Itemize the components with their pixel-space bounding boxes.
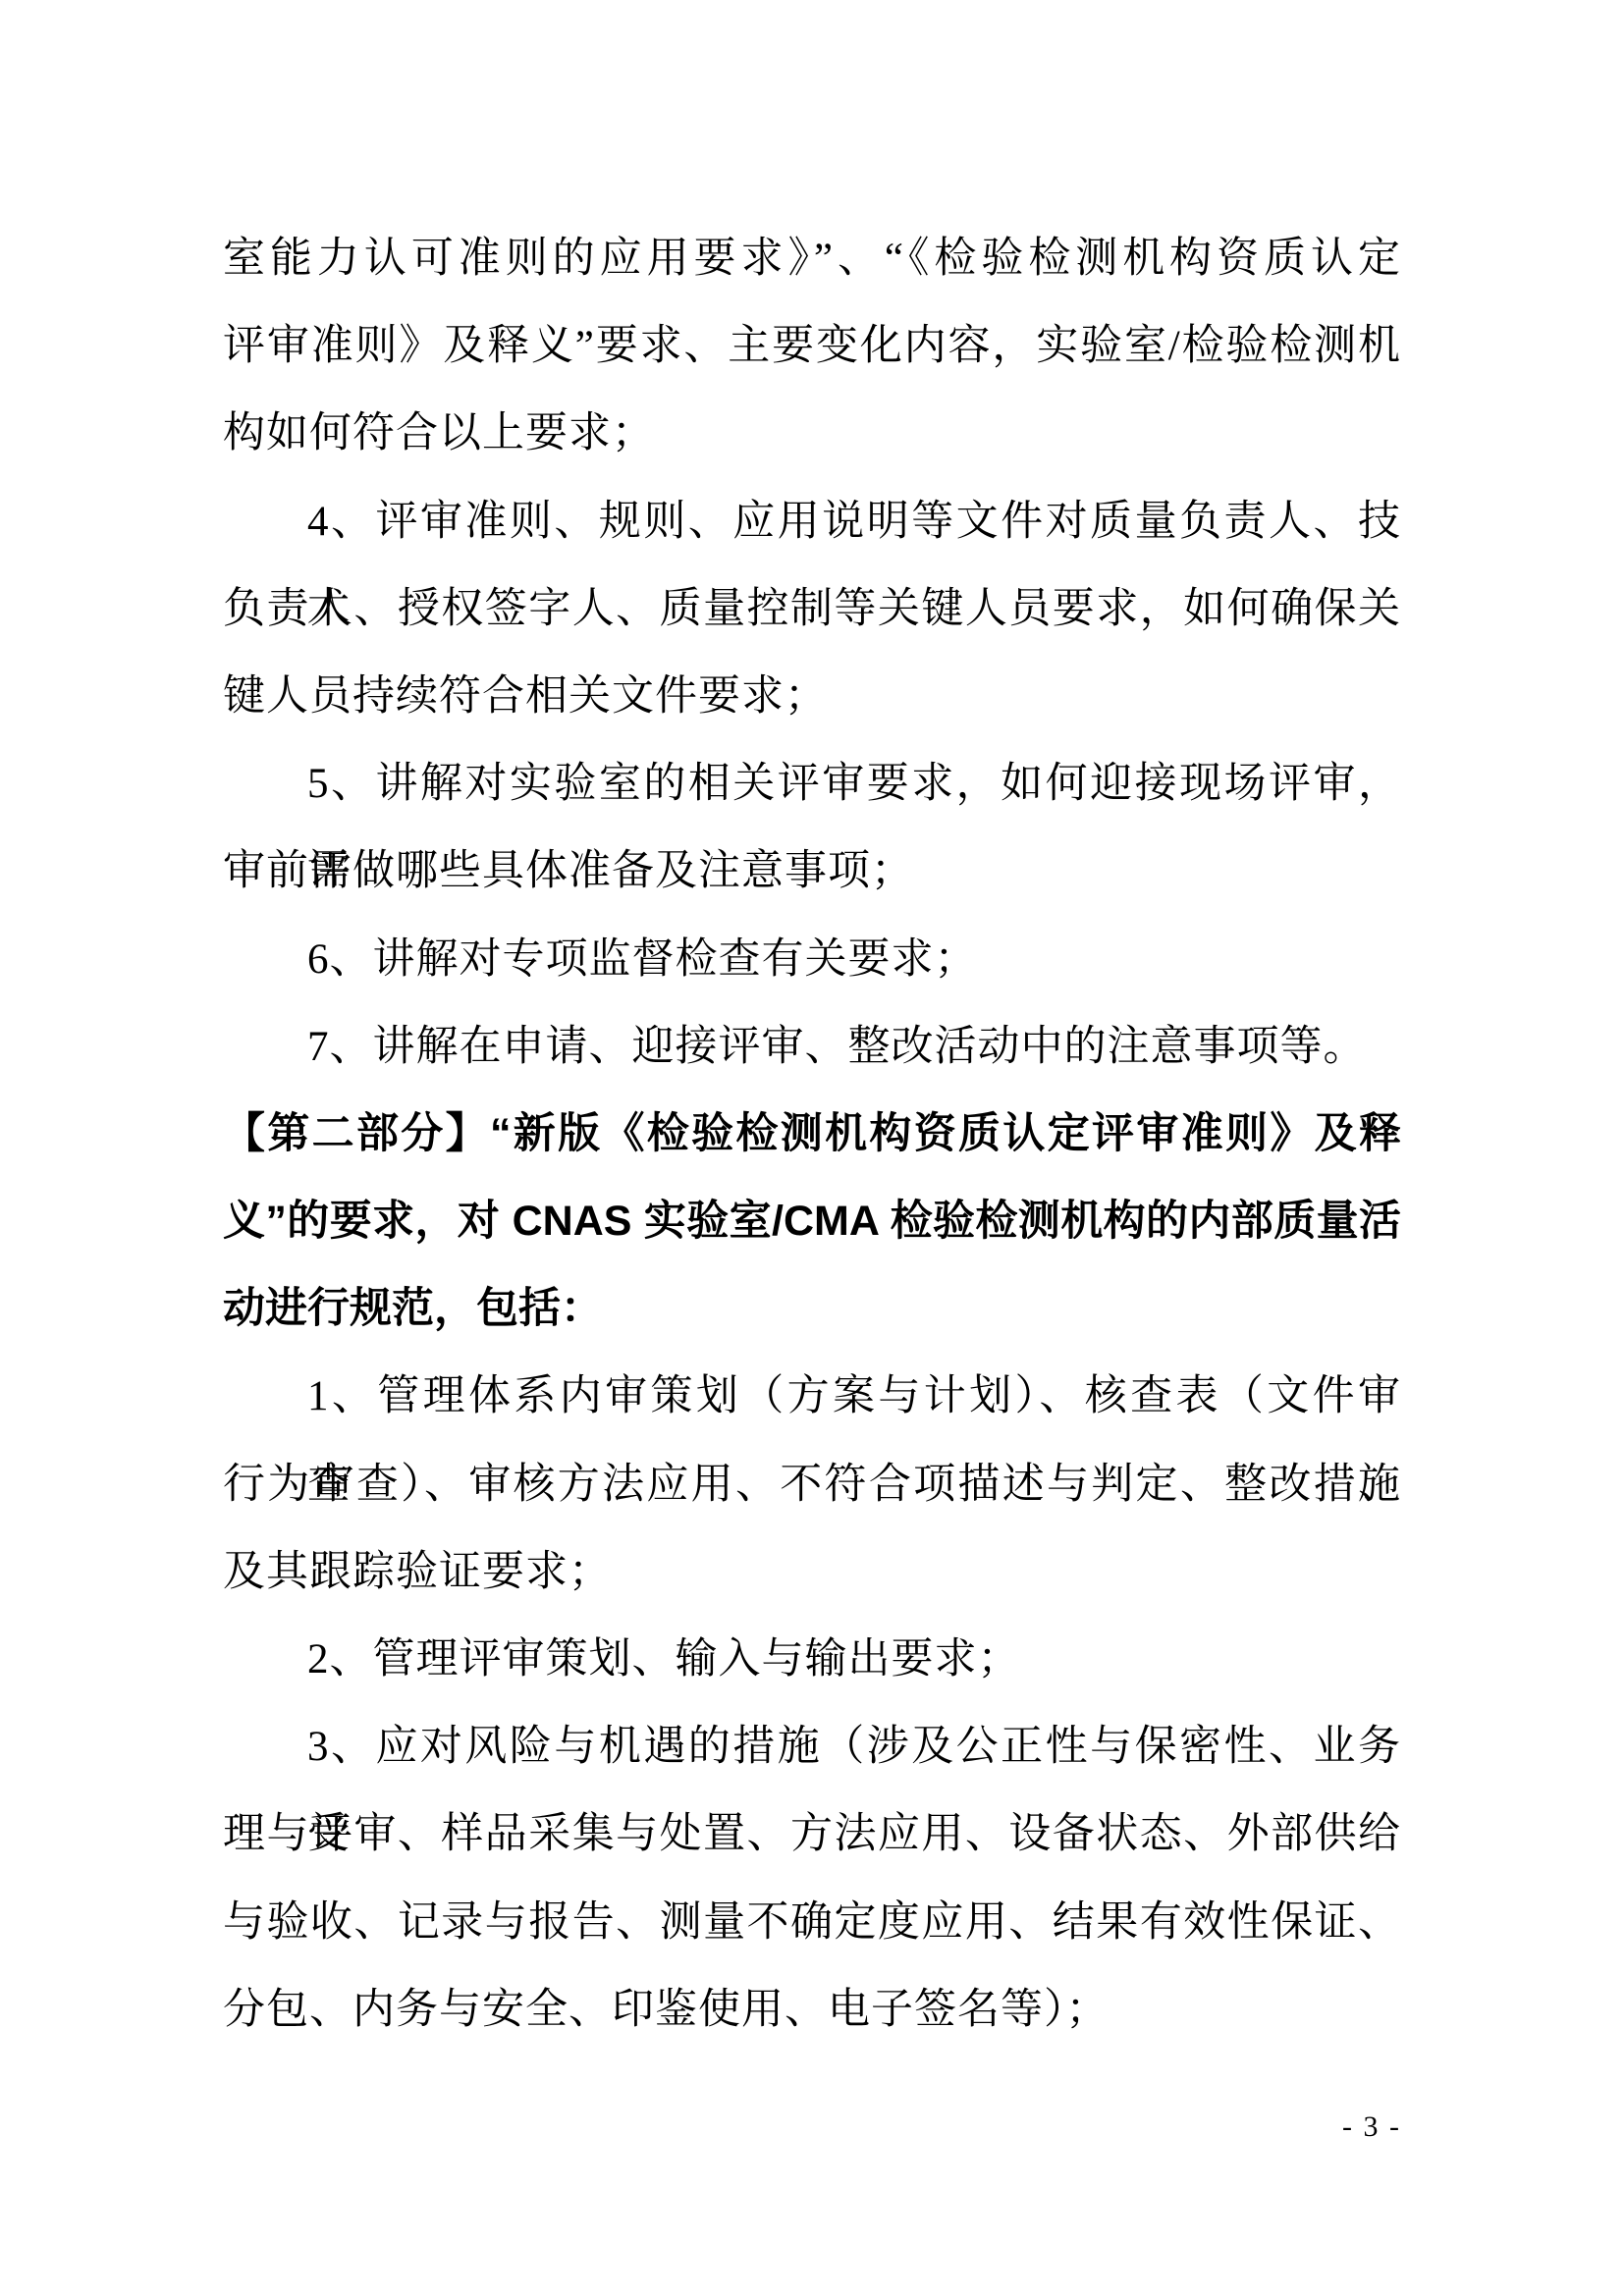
text-line: 理与评审、样品采集与处置、方法应用、设备状态、外部供给 xyxy=(223,1790,1401,1878)
text-line: 构如何符合以上要求； xyxy=(223,390,1401,477)
text-line: 动进行规范，包括： xyxy=(223,1265,1401,1353)
text-line: 室能力认可准则的应用要求》”、“《检验检测机构资质认定 xyxy=(223,215,1401,302)
text-line: 分包、内务与安全、印鉴使用、电子签名等）； xyxy=(223,1966,1401,2054)
text-line: 7、讲解在申请、迎接评审、整改活动中的注意事项等。 xyxy=(223,1003,1401,1091)
text-line: 评审准则》及释义”要求、主要变化内容，实验室/检验检测机 xyxy=(223,302,1401,390)
text-line: 与验收、记录与报告、测量不确定度应用、结果有效性保证、 xyxy=(223,1879,1401,1966)
text-line: 3、应对风险与机遇的措施（涉及公正性与保密性、业务受 xyxy=(223,1703,1401,1790)
text-line: 【第二部分】“新版《检验检测机构资质认定评审准则》及释 xyxy=(223,1091,1401,1178)
document-body: 室能力认可准则的应用要求》”、“《检验检测机构资质认定评审准则》及释义”要求、主… xyxy=(223,215,1401,2054)
page-number: - 3 - xyxy=(223,2110,1401,2144)
text-line: 1、管理体系内审策划（方案与计划）、核查表（文件审查、 xyxy=(223,1353,1401,1440)
text-line: 义”的要求，对 CNAS 实验室/CMA 检验检测机构的内部质量活 xyxy=(223,1178,1401,1265)
text-line: 及其跟踪验证要求； xyxy=(223,1528,1401,1616)
text-line: 行为审查）、审核方法应用、不符合项描述与判定、整改措施 xyxy=(223,1441,1401,1528)
text-line: 键人员持续符合相关文件要求； xyxy=(223,653,1401,740)
text-line: 4、评审准则、规则、应用说明等文件对质量负责人、技术 xyxy=(223,478,1401,565)
text-line: 2、管理评审策划、输入与输出要求； xyxy=(223,1616,1401,1703)
document-page: 室能力认可准则的应用要求》”、“《检验检测机构资质认定评审准则》及释义”要求、主… xyxy=(0,0,1624,2296)
text-line: 5、讲解对实验室的相关评审要求，如何迎接现场评审，评 xyxy=(223,740,1401,828)
text-line: 审前需做哪些具体准备及注意事项； xyxy=(223,828,1401,915)
text-line: 负责人、授权签字人、质量控制等关键人员要求，如何确保关 xyxy=(223,565,1401,653)
text-line: 6、讲解对专项监督检查有关要求； xyxy=(223,916,1401,1003)
